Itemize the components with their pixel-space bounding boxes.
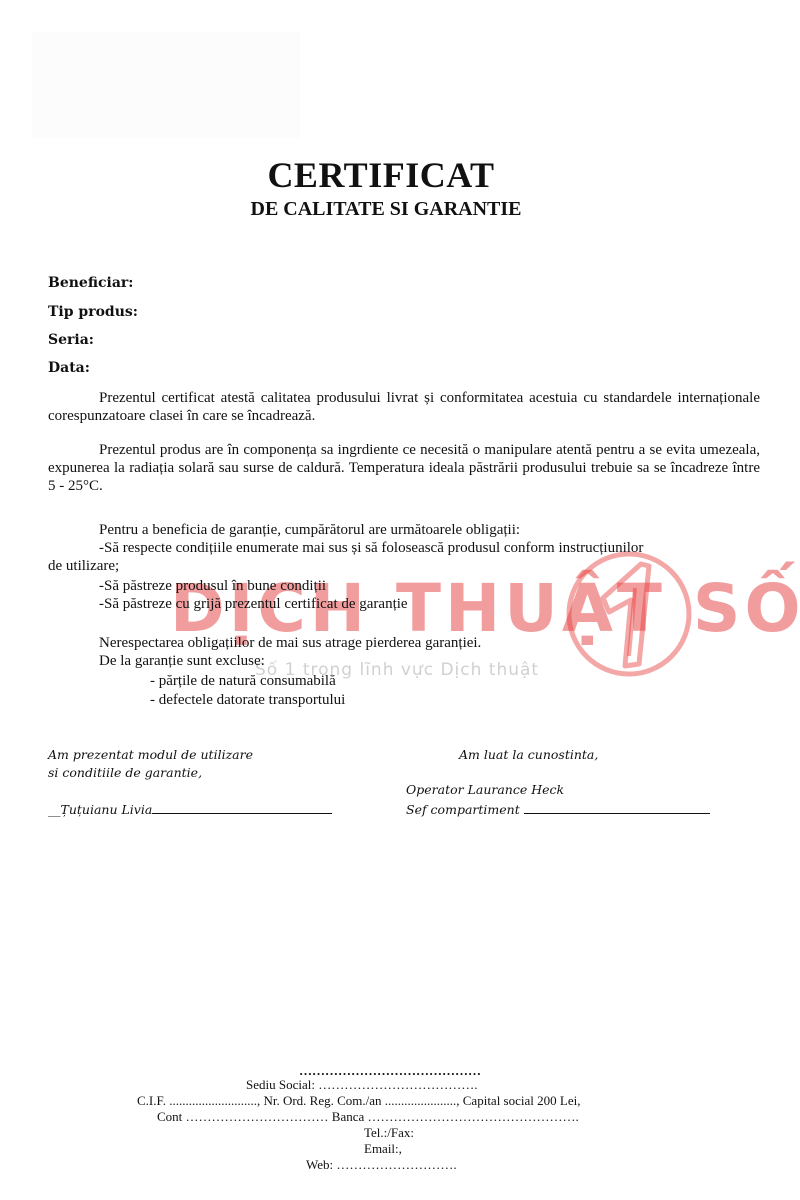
obligations-intro: Pentru a beneficia de garanție, cumpărăt… [99, 521, 520, 539]
exclusion-item-1: - părțile de natură consumabilă [150, 672, 336, 690]
certificate-subtitle: DE CALITATE SI GARANTIE [0, 198, 772, 221]
footer-email: Email:, [364, 1140, 402, 1157]
signature-left-line1: Am prezentat modul de utilizare [48, 746, 253, 764]
signature-right-line[interactable] [524, 800, 710, 814]
paragraph-quality: Prezentul certificat atestă calitatea pr… [48, 389, 760, 425]
signature-left-name: __Țuțuianu Livia [48, 800, 332, 819]
exclusion-item-2: - defectele datorate transportului [150, 691, 345, 709]
signature-left-line[interactable] [152, 800, 332, 814]
obligation-item-1-cont: de utilizare; [48, 557, 119, 575]
obligation-item-3: -Să păstreze cu grijă prezentul certific… [99, 595, 408, 613]
signature-right-heading: Am luat la cunostinta, [459, 746, 598, 764]
field-beneficiar: Beneficiar: [48, 275, 133, 291]
loss-notice: Nerespectarea obligațiilor de mai sus at… [99, 634, 481, 652]
obligation-item-2: -Să păstreze produsul în bune condiții [99, 577, 326, 595]
signature-right-line1: Operator Laurance Heck [406, 781, 564, 799]
watermark-logo-icon [563, 548, 695, 680]
obligation-item-1: -Să respecte condițiile enumerate mai su… [99, 539, 643, 557]
paragraph-storage: Prezentul produs are în componența sa in… [48, 441, 760, 495]
footer-tel: Tel.:/Fax: [364, 1124, 414, 1141]
footer-sediu: Sediu Social: ………………………………. [246, 1076, 477, 1093]
signature-left-line2: si conditiile de garantie, [48, 764, 202, 782]
signature-left-name-text: __Țuțuianu Livia [48, 802, 152, 817]
field-tip-produs: Tip produs: [48, 304, 138, 320]
footer-cif: C.I.F. ..........................., Nr. … [137, 1092, 580, 1109]
footer-cont: Cont …………………………… Banca …………………………………………. [157, 1108, 579, 1125]
scan-shading [32, 32, 300, 138]
signature-right-line2: Sef compartiment [406, 802, 520, 817]
certificate-title: CERTIFICAT [0, 154, 762, 196]
field-data: Data: [48, 360, 90, 376]
signature-right-line2-wrap: Sef compartiment [406, 800, 710, 819]
field-seria: Seria: [48, 332, 94, 348]
footer-web: Web: ………………………. [306, 1156, 457, 1173]
exclusions-intro: De la garanție sunt excluse: [99, 652, 265, 670]
